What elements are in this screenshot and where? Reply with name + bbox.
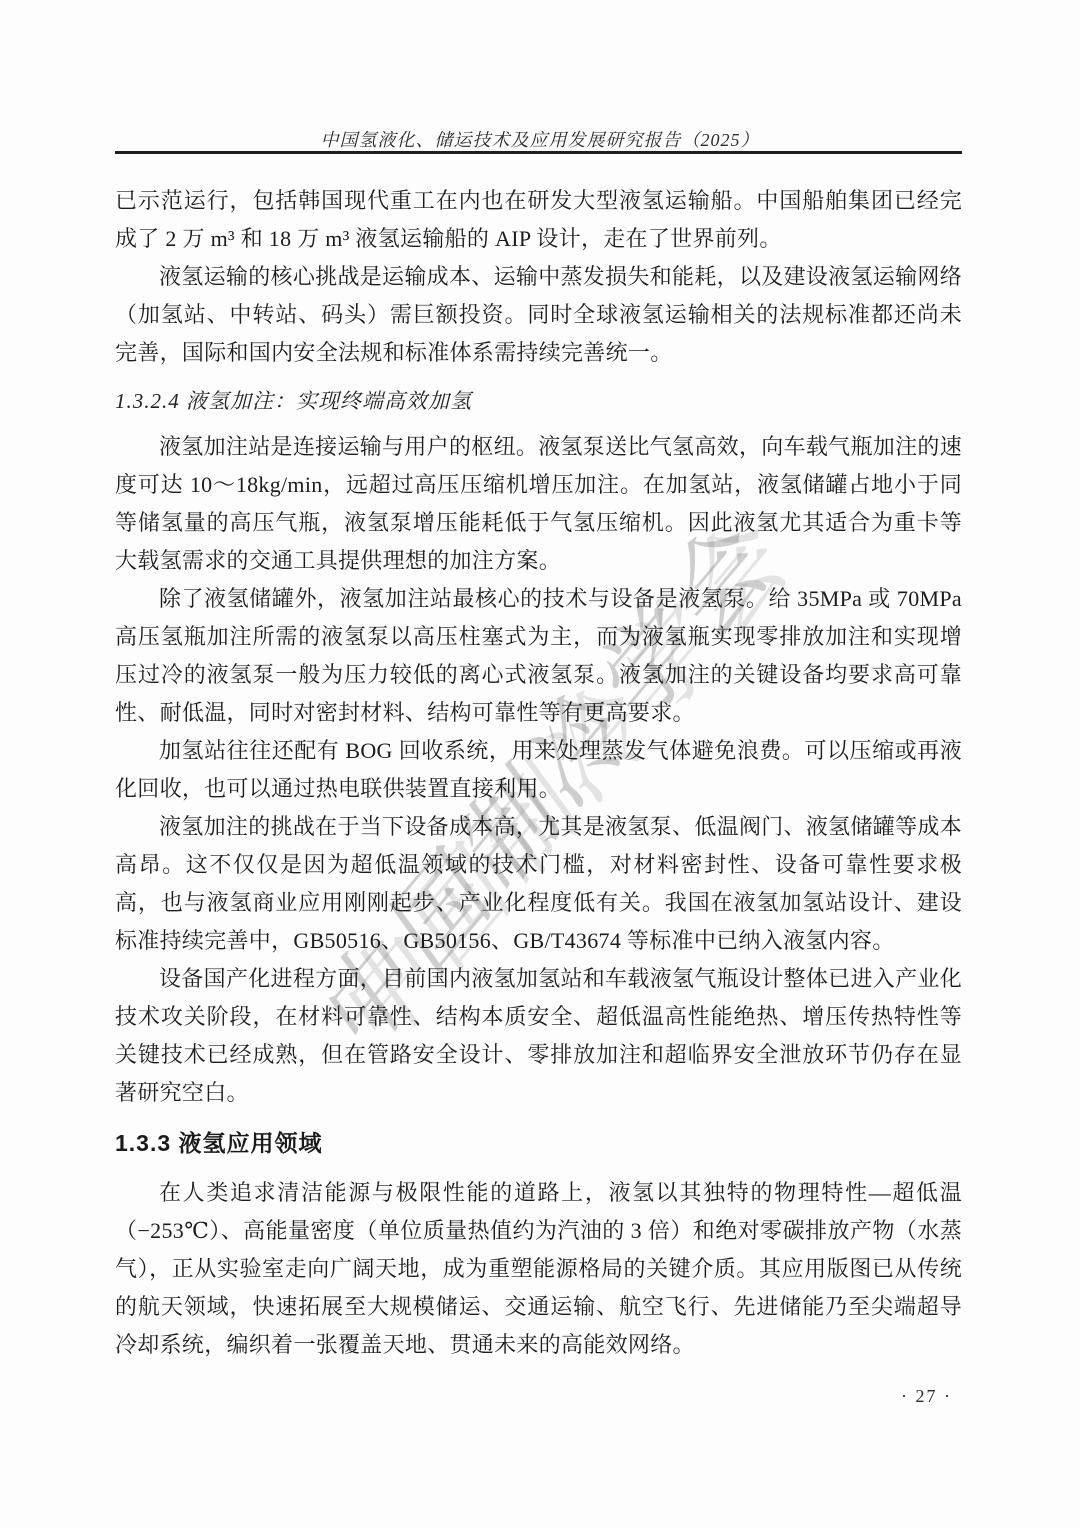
paragraph-cost-challenge: 液氢加注的挑战在于当下设备成本高，尤其是液氢泵、低温阀门、液氢储罐等成本高昂。这… <box>115 808 962 960</box>
paragraph-bog-recovery: 加氢站往往还配有 BOG 回收系统，用来处理蒸发气体避免浪费。可以压缩或再液化回… <box>115 732 962 808</box>
paragraph-application-fields: 在人类追求清洁能源与极限性能的道路上，液氢以其独特的物理特性—超低温（−253℃… <box>115 1174 962 1364</box>
paragraph-station-hub: 液氢加注站是连接运输与用户的枢纽。液氢泵送比气氢高效，向车载气瓶加注的速度可达 … <box>115 428 962 580</box>
section-heading-1-3-3: 1.3.3 液氢应用领域 <box>115 1124 962 1162</box>
paragraph-equipment-localization: 设备国产化进程方面，目前国内液氢加氢站和车载液氢气瓶设计整体已进入产业化技术攻关… <box>115 960 962 1112</box>
page-number: · 27 · <box>901 1386 952 1407</box>
running-header-title: 中国氢液化、储运技术及应用发展研究报告（2025） <box>0 126 1080 152</box>
subsection-heading-1-3-2-4: 1.3.2.4 液氢加注：实现终端高效加氢 <box>115 382 962 420</box>
body-text: 已示范运行，包括韩国现代重工在内也在研发大型液氢运输船。中国船舶集团已经完成了 … <box>115 182 962 1364</box>
paragraph-pump-core: 除了液氢储罐外，液氢加注站最核心的技术与设备是液氢泵。给 35MPa 或 70M… <box>115 580 962 732</box>
document-page: 中国氢液化、储运技术及应用发展研究报告（2025） 中国制冷学会 已示范运行，包… <box>0 0 1080 1527</box>
paragraph-ships-continuation: 已示范运行，包括韩国现代重工在内也在研发大型液氢运输船。中国船舶集团已经完成了 … <box>115 182 962 258</box>
paragraph-transport-challenge: 液氢运输的核心挑战是运输成本、运输中蒸发损失和能耗，以及建设液氢运输网络（加氢站… <box>115 258 962 372</box>
